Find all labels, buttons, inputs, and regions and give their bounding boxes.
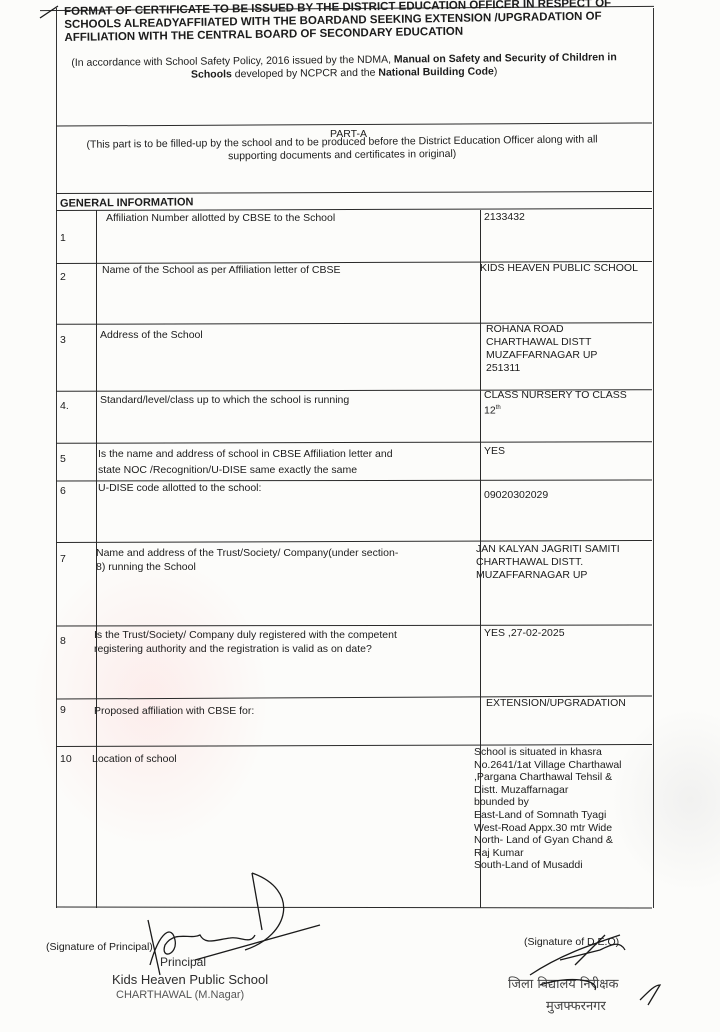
document-page: FORMAT OF CERTIFICATE TO BE ISSUED BY TH…	[0, 0, 720, 1032]
handwritten-signatures	[0, 0, 720, 1032]
